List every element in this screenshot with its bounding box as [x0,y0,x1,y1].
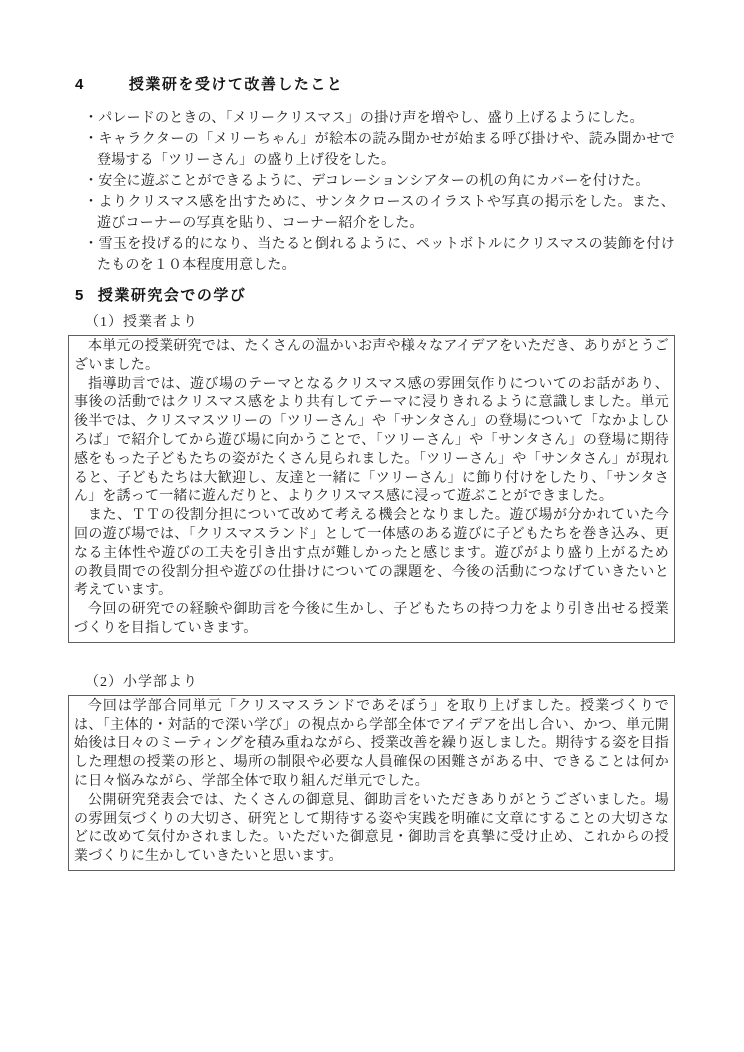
teacher-paragraph-guidance: 指導助言では、遊び場のテーマとなるクリスマス感の雰囲気作りについてのお話があり、… [74,376,669,508]
section-4-title: 授業研を受けて改善したこと [129,76,344,93]
teacher-paragraph-future: 今回の研究での経験や御助言を今後に生かし、子どもたちの持つ力をより引き出せる授業… [74,601,669,639]
subsection-teacher-label: （1）授業者より [85,314,675,332]
improvements-bullet-list: パレードのときの、「メリークリスマス」の掛け声を増やし、盛り上げるようにした。 … [68,108,675,276]
teacher-comments-box: 本単元の授業研究では、たくさんの温かいお声や様々なアイデアをいただき、ありがとう… [68,335,675,643]
section-4-heading: 4授業研を受けて改善したこと [75,74,675,96]
subsection-teacher: （1）授業者より 本単元の授業研究では、たくさんの温かいお声や様々なアイデアをい… [68,314,675,643]
teacher-paragraph-thanks: 本単元の授業研究では、たくさんの温かいお声や様々なアイデアをいただき、ありがとう… [74,338,669,376]
section-5-title: 授業研究会での学び [98,287,247,304]
subsection-elementary: （2）小学部より 今回は学部合同単元「クリスマスランドであそぼう」を取り上げまし… [68,674,675,871]
elementary-paragraph-presentation: 公開研究発表会では、たくさんの御意見、御助言をいただきありがとうございました。場… [74,792,669,867]
teacher-paragraph-tt-roles: また、ＴＴの役割分担について改めて考える機会となりました。遊び場が分かれていた今… [74,507,669,601]
bullet-item-parade: パレードのときの、「メリークリスマス」の掛け声を増やし、盛り上げるようにした。 [84,108,675,129]
section-5-heading: 5授業研究会での学び [75,285,675,307]
bullet-item-decoration: よりクリスマス感を出すために、サンタクロースのイラストや写真の掲示をした。また、… [84,192,675,234]
elementary-comments-box: 今回は学部合同単元「クリスマスランドであそぼう」を取り上げました。授業づくりでは… [68,695,675,871]
bullet-item-safety: 安全に遊ぶことができるように、デコレーションシアターの机の角にカバーを付けた。 [84,171,675,192]
document-page: 4授業研を受けて改善したこと パレードのときの、「メリークリスマス」の掛け声を増… [0,0,744,1052]
bullet-item-snowball: 雪玉を投げる的になり、当たると倒れるように、ペットボトルにクリスマスの装飾を付け… [84,234,675,276]
section-4-number: 4 [75,74,85,96]
elementary-paragraph-unit: 今回は学部合同単元「クリスマスランドであそぼう」を取り上げました。授業づくりでは… [74,698,669,792]
section-5-number: 5 [75,285,85,307]
subsection-elementary-label: （2）小学部より [85,674,675,692]
bullet-item-character: キャラクターの「メリーちゃん」が絵本の読み聞かせが始まる呼び掛けや、読み聞かせで… [84,129,675,171]
